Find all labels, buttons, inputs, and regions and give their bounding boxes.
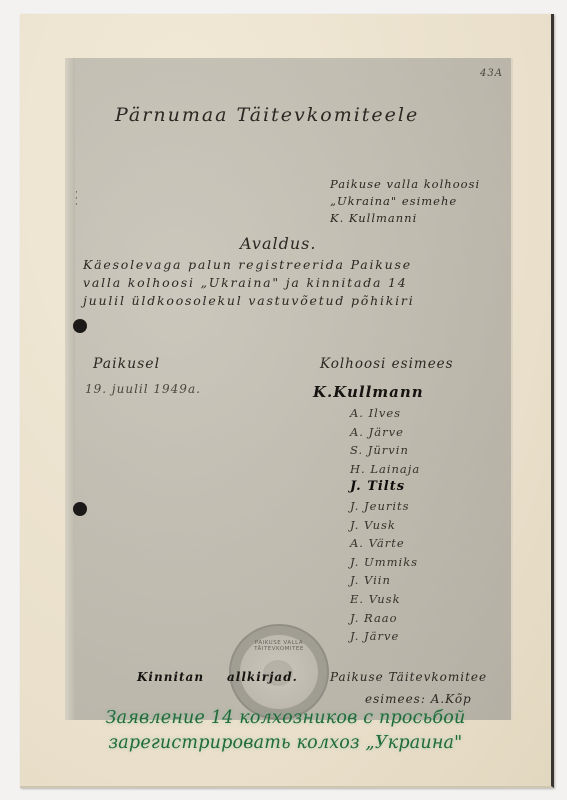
signature: E. Vusk xyxy=(350,590,420,609)
document-title: Avaldus. xyxy=(240,234,316,253)
signature: J. Viin xyxy=(350,571,420,590)
signature: J. Jeurits xyxy=(350,497,420,516)
page-fold-shadow xyxy=(65,58,75,720)
margin-marks: ··· xyxy=(75,190,78,208)
signature: J. Vusk xyxy=(350,516,420,535)
signature: S. Jürvin xyxy=(350,441,420,460)
certification-left: Kinnitan xyxy=(137,670,204,684)
signature: J. Tilts xyxy=(350,478,420,497)
sender-line-2: „Ukraina" esimehe xyxy=(330,193,480,210)
body-line-2: valla kolhoosi „Ukraina" ja kinnitada 14 xyxy=(83,274,415,292)
signature: A. Järve xyxy=(350,423,420,442)
signature: H. Lainaja xyxy=(350,460,420,479)
archival-mount-card: 43A Pärnumaa Täitevkomiteele Paikuse val… xyxy=(20,14,554,788)
sender-block: Paikuse valla kolhoosi „Ukraina" esimehe… xyxy=(330,176,480,227)
sender-line-1: Paikuse valla kolhoosi xyxy=(330,176,480,193)
body-line-3: juulil üldkoosolekul vastuvõetud põhikir… xyxy=(83,292,415,310)
signature: A. Värte xyxy=(350,534,420,553)
document-photograph: 43A Pärnumaa Täitevkomiteele Paikuse val… xyxy=(65,58,513,720)
certification-right: Paikuse Täitevkomitee xyxy=(330,670,487,684)
signature: A. Ilves xyxy=(350,404,420,423)
place: Paikusel xyxy=(93,356,160,372)
chairman-label: Kolhoosi esimees xyxy=(320,356,454,372)
seal-text: PAIKUSE VALLA TÄITEVKOMITEE xyxy=(231,640,327,652)
caption-line-2: зарегистрировать колхоз „Украина" xyxy=(20,731,551,756)
signature: J. Järve xyxy=(350,627,420,646)
sender-line-3: K. Kullmanni xyxy=(330,210,480,227)
certification-middle: allkirjad. xyxy=(227,670,298,684)
punch-hole-icon xyxy=(73,502,87,516)
body-line-1: Käesolevaga palun registreerida Paikuse xyxy=(83,256,415,274)
signature: J. Ummiks xyxy=(350,553,420,572)
caption-line-1: Заявление 14 колхозников с просьбой xyxy=(20,706,551,731)
page-number: 43A xyxy=(480,68,503,79)
punch-hole-icon xyxy=(73,319,87,333)
signature: J. Raao xyxy=(350,609,420,628)
date: 19. juulil 1949a. xyxy=(85,382,201,396)
signature-list: A. Ilves A. Järve S. Jürvin H. Lainaja J… xyxy=(350,404,420,646)
addressee: Pärnumaa Täitevkomiteele xyxy=(115,104,419,126)
document-body: Käesolevaga palun registreerida Paikuse … xyxy=(83,256,415,310)
certification-signer: esimees: A.Kõp xyxy=(365,692,472,706)
chairman-signature: K.Kullmann xyxy=(313,383,424,401)
archival-caption: Заявление 14 колхозников с просьбой заре… xyxy=(20,706,551,756)
